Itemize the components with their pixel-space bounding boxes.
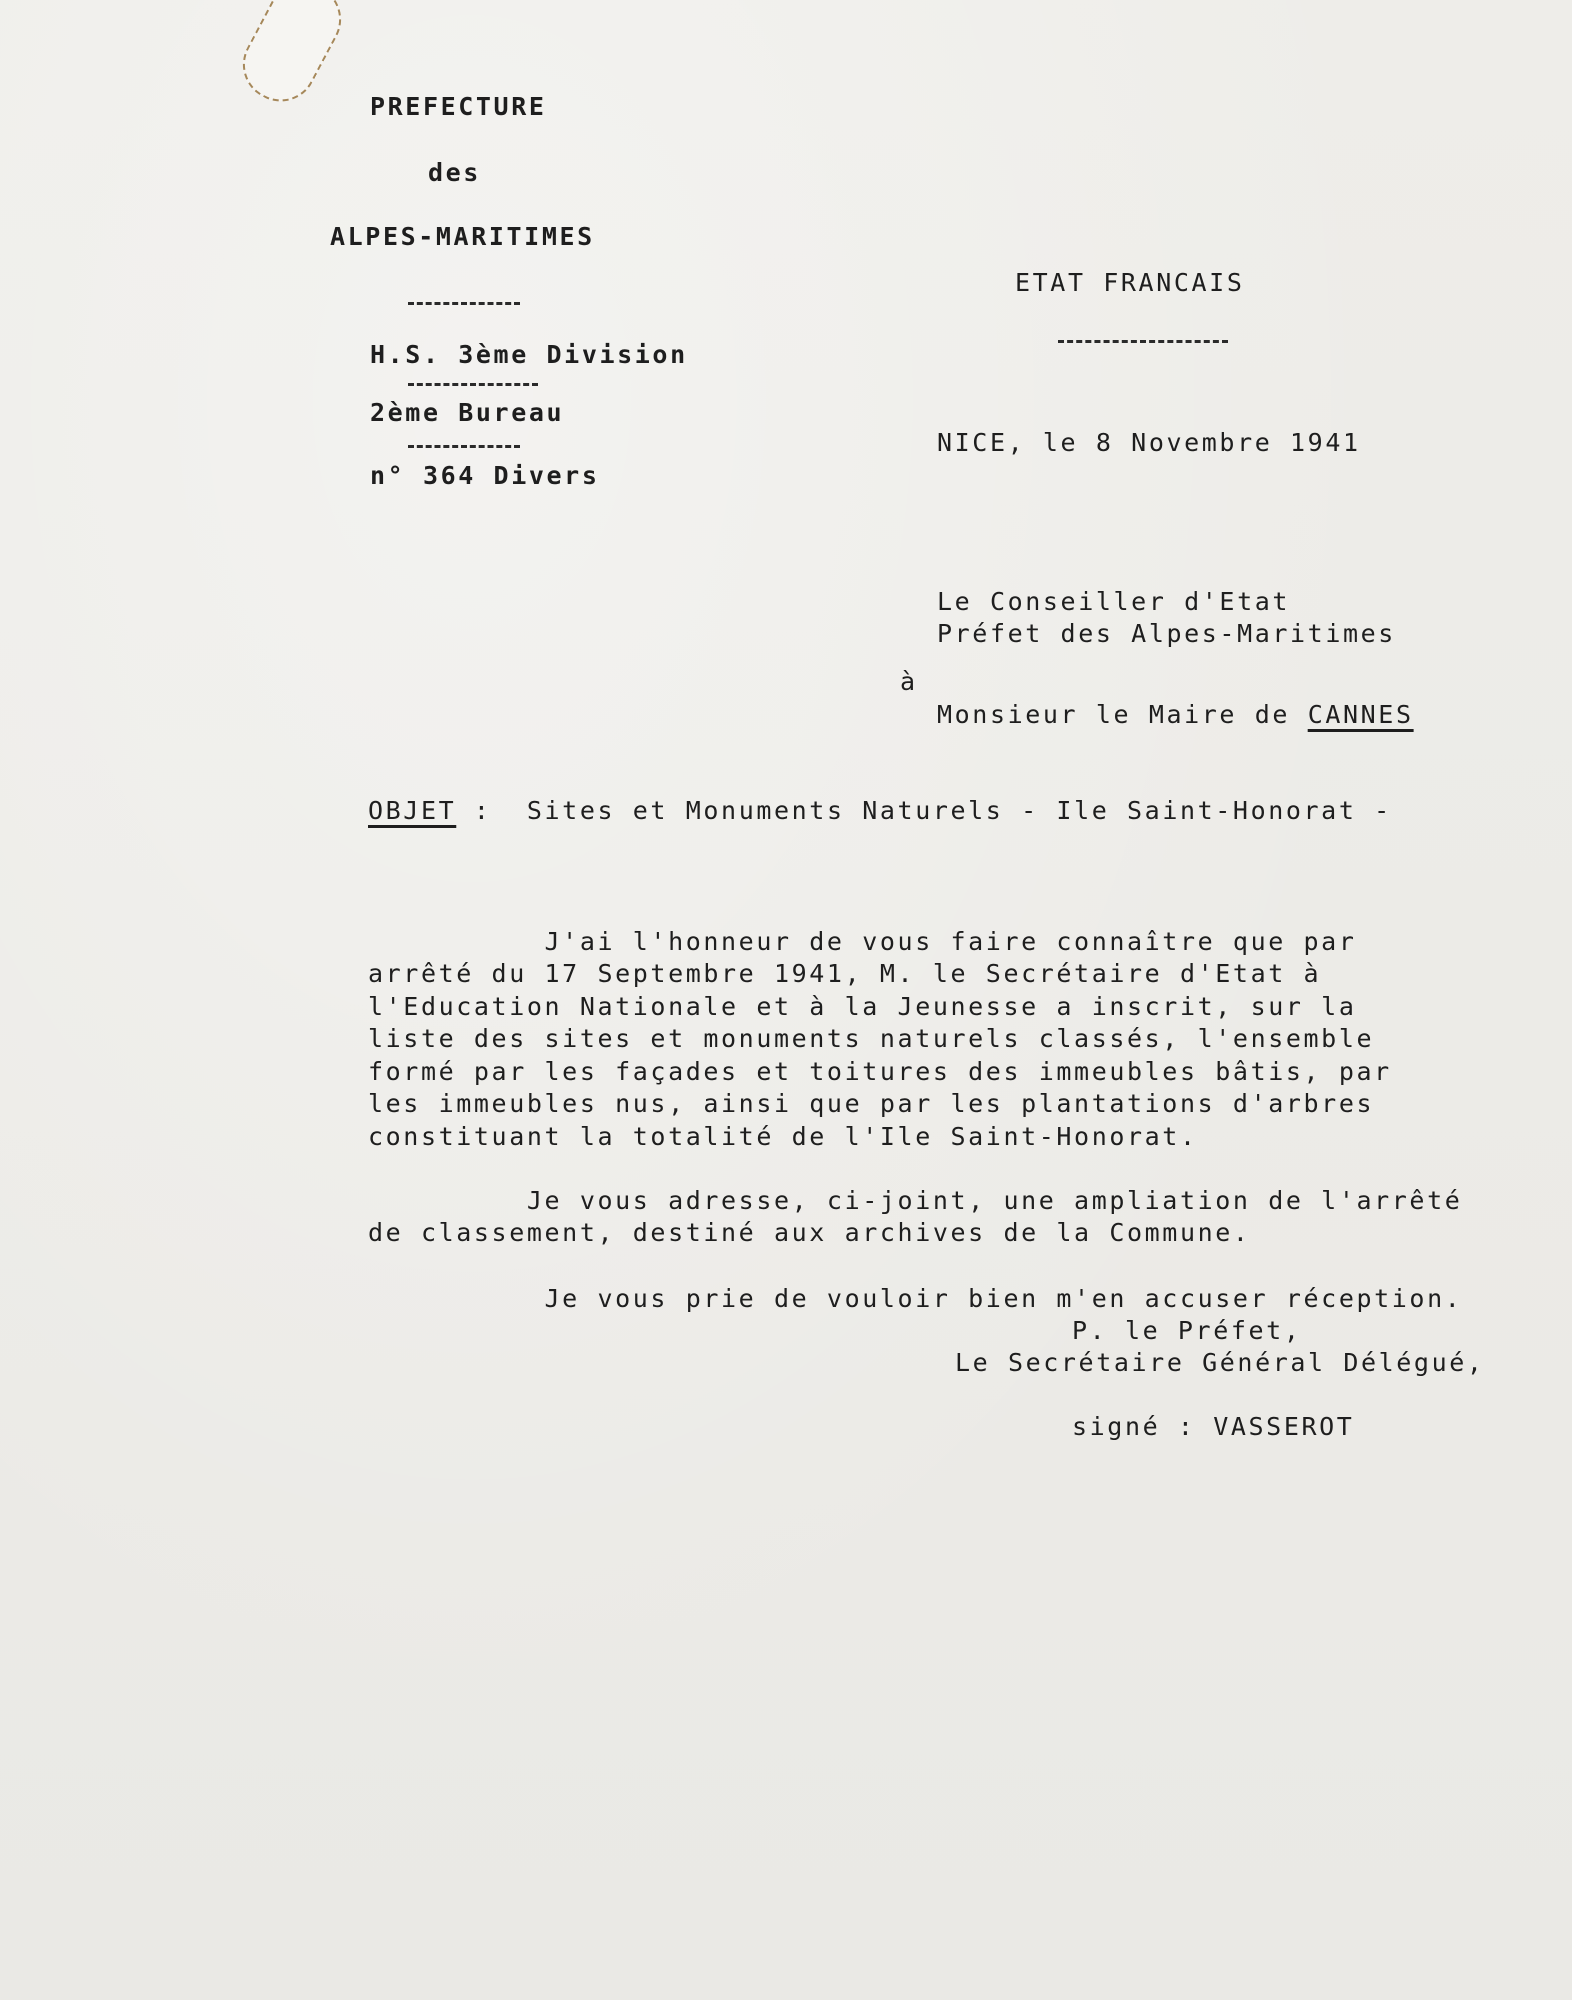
recipient: Monsieur le Maire de CANNES	[937, 700, 1414, 729]
bureau: 2ème Bureau	[370, 398, 564, 427]
divider	[408, 445, 520, 448]
recipient-prefix: Monsieur le Maire de	[937, 700, 1308, 729]
divider	[1058, 340, 1228, 343]
body-line: arrêté du 17 Septembre 1941, M. le Secré…	[368, 958, 1392, 991]
divider	[408, 383, 538, 386]
office-title: PREFECTURE	[370, 92, 547, 121]
subject-label: OBJET	[368, 796, 456, 825]
body-line: l'Education Nationale et à la Jeunesse a…	[368, 991, 1392, 1024]
body-line: de classement, destiné aux archives de l…	[368, 1217, 1462, 1250]
body-line: liste des sites et monuments naturels cl…	[368, 1023, 1392, 1056]
division: H.S. 3ème Division	[370, 340, 688, 369]
subject-text: Sites et Monuments Naturels - Ile Saint-…	[527, 796, 1392, 825]
body-line: J'ai l'honneur de vous faire connaître q…	[368, 926, 1392, 959]
signature-line-3: signé : VASSEROT	[1072, 1412, 1354, 1441]
divider	[408, 302, 520, 305]
office-of: des	[428, 158, 481, 187]
signature-line-1: P. le Préfet,	[1072, 1316, 1301, 1345]
subject-line: OBJET : Sites et Monuments Naturels - Il…	[368, 796, 1392, 825]
subject-separator: :	[456, 796, 527, 825]
state-heading: ETAT FRANCAIS	[1015, 268, 1244, 297]
signature-line-2: Le Secrétaire Général Délégué,	[955, 1348, 1485, 1377]
body-line: les immeubles nus, ainsi que par les pla…	[368, 1088, 1392, 1121]
to-word: à	[900, 667, 918, 696]
body-line: Je vous adresse, ci-joint, une ampliatio…	[368, 1185, 1462, 1218]
recipient-city: CANNES	[1308, 700, 1414, 729]
department-name: ALPES-MARITIMES	[330, 222, 595, 251]
body-line: Je vous prie de vouloir bien m'en accuse…	[368, 1283, 1462, 1316]
place-date: NICE, le 8 Novembre 1941	[937, 428, 1361, 457]
body-line: formé par les façades et toitures des im…	[368, 1056, 1392, 1089]
body-paragraph-1: J'ai l'honneur de vous faire connaître q…	[368, 893, 1392, 1186]
reference-number: n° 364 Divers	[370, 461, 599, 490]
sender-title: Le Conseiller d'Etat	[937, 587, 1290, 616]
sender-office: Préfet des Alpes-Maritimes	[937, 619, 1396, 648]
body-line: constituant la totalité de l'Ile Saint-H…	[368, 1121, 1392, 1154]
